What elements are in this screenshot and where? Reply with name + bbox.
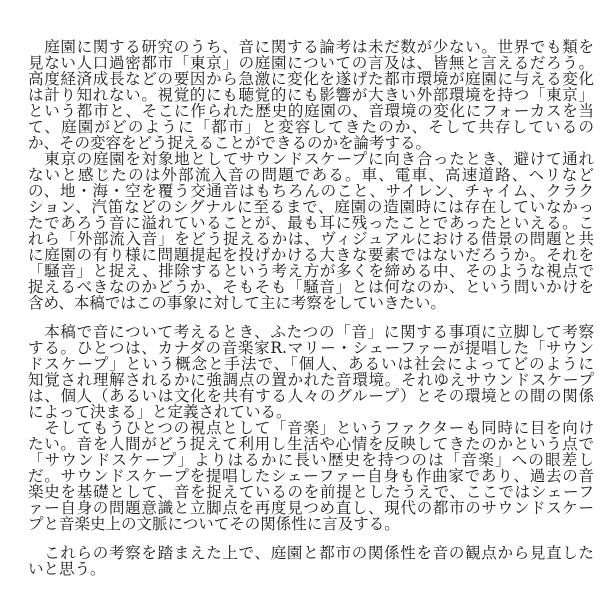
text-line: ドスケープ」という概念と手法で、「個人、あるいは社会によってどのように [28,356,594,372]
document-page: 庭園に関する研究のうち、音に関する論考は未だ数が少ない。世界でも類を見ない人口過… [28,39,594,577]
text-line: 見ない人口過密都市「東京」の庭園についての言及は、皆無と言えるだろう。 [28,55,594,71]
text-line: たい。音を人間がどう捉えて利用し生活や心情を反映してきたのかという点で [28,436,594,452]
text-line: 庭園に関する研究のうち、音に関する論考は未だ数が少ない。世界でも類を [28,39,594,55]
text-line: 含め、本稿ではこの事象に対して主に考察をしていきたい。 [28,295,594,311]
text-line: 知覚され理解されるかに強調点の置かれた音環境。それゆえサウンドスケープ [28,372,594,388]
text-line: 「騒音」と捉え、排除するという考え方が多くを締める中、そのような視点で [28,263,594,279]
text-line: の、地・海・空を覆う交通音はもちろんのこと、サイレン、チャイム、クラク [28,183,594,199]
text-line: か、その変容をどう捉えることができるのかを論考する。 [28,135,594,151]
text-line: 「サウンドスケープ」よりはるかに長い歴史を持つのは「音楽」への眼差し [28,452,594,468]
text-line: そしてもうひとつの視点として「音楽」というファクターも同時に目を向け [28,420,594,436]
text-line: たであろう音に溢れていることが、最も耳に残ったことであったといえる。こ [28,215,594,231]
text-line: 本稿で音について考えるとき、ふたつの「音」に関する事項に立脚して考察 [28,324,594,340]
text-line: だ。サウンドスケープを提唱したシェーファー自身も作曲家であり、過去の音 [28,468,594,484]
text-line: 東京の庭園を対象地としてサウンドスケープに向き合ったとき、避けて通れ [28,151,594,167]
text-line: いと思う。 [28,561,594,577]
text-line: ないと感じたのは外部流入音の問題である。車、電車、高速道路、ヘリなど [28,167,594,183]
paragraph: これらの考察を踏まえた上で、庭園と都市の関係性を音の観点から見直したいと思う。 [28,545,594,577]
text-line: ション、汽笛などのシグナルに至るまで、庭園の造園時には存在していなかっ [28,199,594,215]
paragraph: 東京の庭園を対象地としてサウンドスケープに向き合ったとき、避けて通れないと感じた… [28,151,594,311]
paragraph: 本稿で音について考えるとき、ふたつの「音」に関する事項に立脚して考察する。ひとつ… [28,324,594,420]
text-line: によって決まる」と定義されている。 [28,404,594,420]
text-line: は計り知れない。視覚的にも聴覚的にも影響が大きい外部環境を持つ「東京」 [28,87,594,103]
text-line: ァー自身の問題意識と立脚点を再度見つめ直し、現代の都市のサウンドスケー [28,500,594,516]
text-line: は、個人（あるいは文化を共有する人々のグループ）とその環境との間の関係 [28,388,594,404]
document-text: 庭園に関する研究のうち、音に関する論考は未だ数が少ない。世界でも類を見ない人口過… [28,39,594,577]
paragraph: 庭園に関する研究のうち、音に関する論考は未だ数が少ない。世界でも類を見ない人口過… [28,39,594,151]
text-line: 捉えるべきなのかどうか、そもそも「騒音」とは何なのか、という問いかけを [28,279,594,295]
text-line: これらの考察を踏まえた上で、庭園と都市の関係性を音の観点から見直した [28,545,594,561]
text-line: プと音楽史上の文脈についてその関係性に言及する。 [28,516,594,532]
text-line: て、庭園がどのように「都市」と変容してきたのか、そして共存しているの [28,119,594,135]
text-line: という都市と、そこに作られた歴史的庭園の、音環境の変化にフォーカスを当 [28,103,594,119]
text-line: 楽史を基礎として、音を捉えているのを前提としたうえで、ここではシェーフ [28,484,594,500]
text-line: れら「外部流入音」をどう捉えるかは、ヴィジュアルにおける借景の問題と共 [28,231,594,247]
paragraph: そしてもうひとつの視点として「音楽」というファクターも同時に目を向けたい。音を人… [28,420,594,532]
text-line: 高度経済成長などの要因から急激に変化を遂げた都市環境が庭園に与える変化 [28,71,594,87]
text-line: に庭園の有り様に問題提起を投げかける大きな要素ではないだろうか。それを [28,247,594,263]
text-line: する。ひとつは、カナダの音楽家R.マリー・シェーファーが提唱した「サウン [28,340,594,356]
